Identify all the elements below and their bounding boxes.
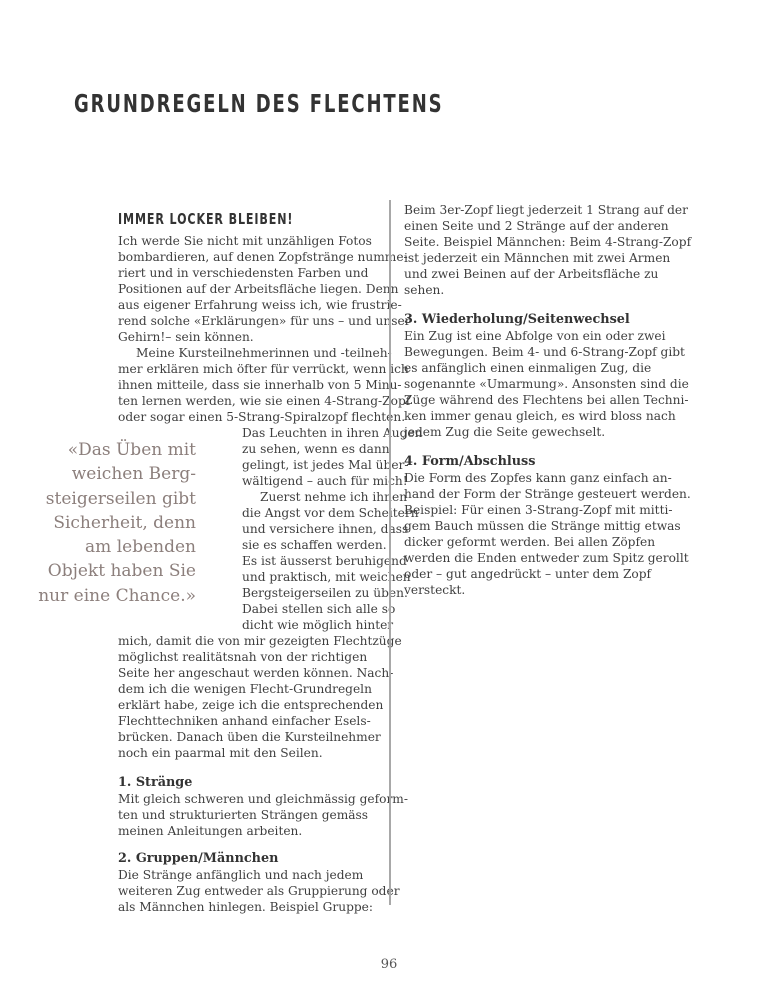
rule-heading-wiederholung: 3. Wiederholung/Seitenwechsel: [404, 312, 666, 328]
text-line: Bewegungen. Beim 4- und 6-Strang-Zopf gi…: [404, 344, 666, 360]
text-line: Beim 3er-Zopf liegt jederzeit 1 Strang a…: [404, 202, 666, 218]
section-heading: IMMER LOCKER BLEIBEN!: [118, 210, 293, 228]
text-line: Seite. Beispiel Männchen: Beim 4-Strang-…: [404, 234, 666, 250]
text-line: jedem Zug die Seite gewechselt.: [404, 424, 666, 440]
text-line: versteckt.: [404, 582, 666, 598]
rule-body-form: Die Form des Zopfes kann ganz einfach an…: [404, 470, 666, 598]
text-line: mer erklären mich öfter für verrückt, we…: [118, 361, 380, 377]
text-line: noch ein paarmal mit den Seilen.: [118, 745, 380, 761]
text-line: gem Bauch müssen die Stränge mittig etwa…: [404, 518, 666, 534]
text-line: Flechttechniken anhand einfacher Esels-: [118, 713, 380, 729]
rule-heading-straenge: 1. Stränge: [118, 775, 380, 791]
text-line: Die Stränge anfänglich und nach jedem: [118, 867, 380, 883]
text-line: Mit gleich schweren und gleichmässig gef…: [118, 791, 380, 807]
text-line: ken immer genau gleich, es wird bloss na…: [404, 408, 666, 424]
text-line: Meine Kursteilnehmerinnen und -teilneh-: [118, 345, 380, 361]
text-line: aus eigener Erfahrung weiss ich, wie fru…: [118, 297, 380, 313]
intro-paragraph: Ich werde Sie nicht mit unzähligen Fotos…: [118, 233, 380, 345]
text-line: Die Form des Zopfes kann ganz einfach an…: [404, 470, 666, 486]
text-line: dem ich die wenigen Flecht-Grundregeln: [118, 681, 380, 697]
text-line: rend solche «Erklärungen» für uns – und …: [118, 313, 380, 329]
text-line: als Männchen hinlegen. Beispiel Gruppe:: [118, 899, 380, 915]
quote-line: nur eine Chance.»: [30, 584, 196, 608]
text-line: und zwei Beinen auf der Arbeitsfläche zu: [404, 266, 666, 282]
text-line: ist jederzeit ein Männchen mit zwei Arme…: [404, 250, 666, 266]
text-line: möglichst realitätsnah von der richtigen: [118, 649, 380, 665]
text-line: Züge während des Flechtens bei allen Tec…: [404, 392, 666, 408]
text-line: oder – gut angedrückt – unter dem Zopf: [404, 566, 666, 582]
continuation-paragraph: Beim 3er-Zopf liegt jederzeit 1 Strang a…: [404, 202, 666, 298]
text-line: erklärt habe, zeige ich die entsprechend…: [118, 697, 380, 713]
quote-line: weichen Berg-: [30, 462, 196, 486]
text-line: ihnen mitteile, dass sie innerhalb von 5…: [118, 377, 380, 393]
text-line: oder sogar einen 5-Strang-Spiralzopf fle…: [118, 409, 380, 425]
text-line: einen Seite und 2 Stränge auf der andere…: [404, 218, 666, 234]
text-line: dicht wie möglich hinter: [118, 617, 380, 633]
right-column: Beim 3er-Zopf liegt jederzeit 1 Strang a…: [404, 202, 666, 598]
rule-body-straenge: Mit gleich schweren und gleichmässig gef…: [118, 791, 380, 839]
text-line: bombardieren, auf denen Zopfstränge numm…: [118, 249, 380, 265]
text-line: brücken. Danach üben die Kursteilnehmer: [118, 729, 380, 745]
quote-line: am lebenden: [30, 535, 196, 559]
text-line: Ein Zug ist eine Abfolge von ein oder zw…: [404, 328, 666, 344]
page-number: 96: [0, 957, 778, 972]
quote-line: steigerseilen gibt: [30, 487, 196, 511]
text-line: Positionen auf der Arbeitsfläche liegen.…: [118, 281, 380, 297]
text-line: weiteren Zug entweder als Gruppierung od…: [118, 883, 380, 899]
text-line: meinen Anleitungen arbeiten.: [118, 823, 380, 839]
text-line: Gehirn!– sein können.: [118, 329, 380, 345]
rule-body-wiederholung: Ein Zug ist eine Abfolge von ein oder zw…: [404, 328, 666, 440]
text-line: dicker geformt werden. Bei allen Zöpfen: [404, 534, 666, 550]
text-line: sogenannte «Umarmung». Ansonsten sind di…: [404, 376, 666, 392]
text-line: mich, damit die von mir gezeigten Flecht…: [118, 633, 380, 649]
quote-line: Objekt haben Sie: [30, 559, 196, 583]
text-line: ten und strukturierten Strängen gemäss: [118, 807, 380, 823]
rule-heading-gruppen: 2. Gruppen/Männchen: [118, 851, 380, 867]
text-line: sehen.: [404, 282, 666, 298]
quote-line: «Das Üben mit: [30, 438, 196, 462]
text-line: riert und in verschiedensten Farben und: [118, 265, 380, 281]
text-line: Beispiel: Für einen 3-Strang-Zopf mit mi…: [404, 502, 666, 518]
text-line: werden die Enden entweder zum Spitz gero…: [404, 550, 666, 566]
text-line: es anfänglich einen einmaligen Zug, die: [404, 360, 666, 376]
rule-heading-form: 4. Form/Abschluss: [404, 454, 666, 470]
text-line: Seite her angeschaut werden können. Nach…: [118, 665, 380, 681]
column-divider: [389, 200, 391, 905]
text-line: Ich werde Sie nicht mit unzähligen Fotos: [118, 233, 380, 249]
text-line: hand der Form der Stränge gesteuert werd…: [404, 486, 666, 502]
page-title: GRUNDREGELN DES FLECHTENS: [74, 89, 443, 118]
text-line: ten lernen werden, wie sie einen 4-Stran…: [118, 393, 380, 409]
rule-body-gruppen: Die Stränge anfänglich und nach jedem we…: [118, 867, 380, 915]
pull-quote: «Das Üben mit weichen Berg- steigerseile…: [30, 438, 196, 608]
quote-line: Sicherheit, denn: [30, 511, 196, 535]
